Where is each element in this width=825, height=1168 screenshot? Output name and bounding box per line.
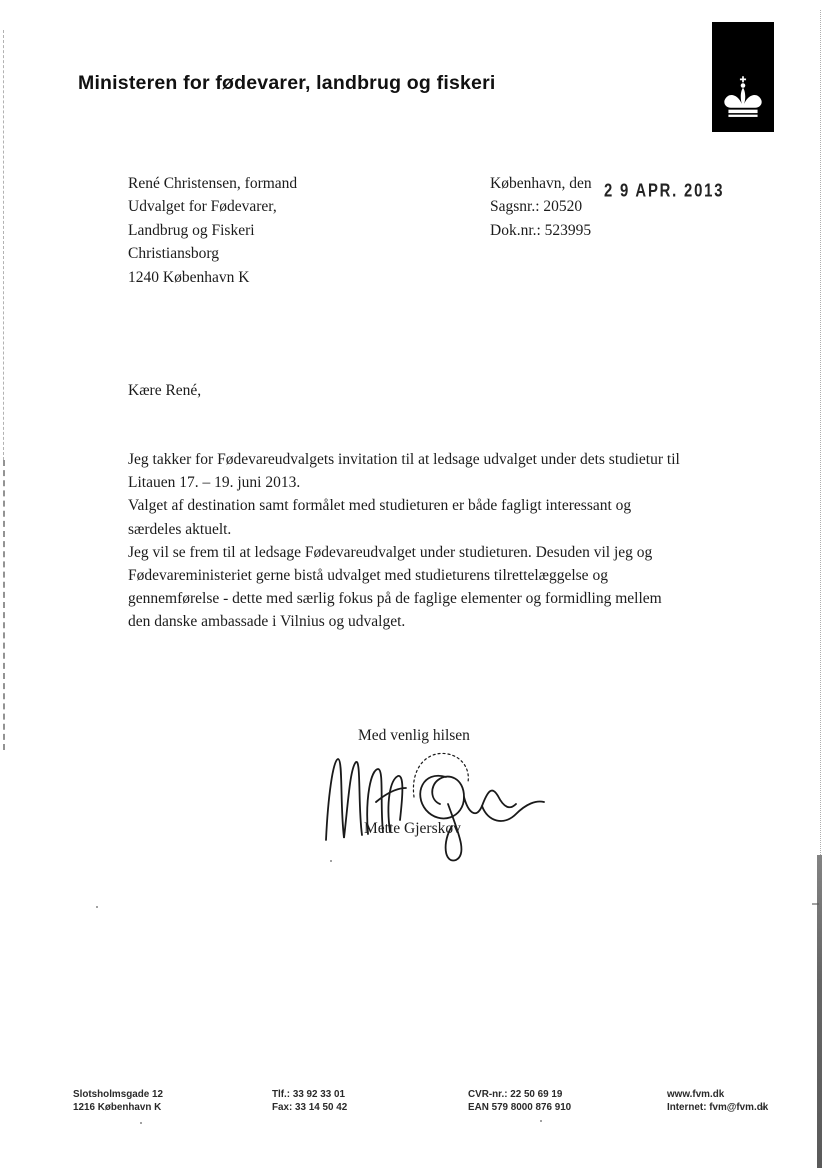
recipient-line: Landbrug og Fiskeri [128, 219, 297, 242]
letter-footer: Slotsholmsgade 12 1216 København K Tlf.:… [0, 1088, 825, 1116]
footer-address-line2: 1216 København K [73, 1101, 163, 1114]
scan-edge-artifact-left-dark [3, 460, 5, 750]
scan-speck [96, 906, 98, 908]
footer-cvr-line: CVR-nr.: 22 50 69 19 [468, 1088, 571, 1101]
body-line: særdeles aktuelt. [128, 518, 758, 541]
footer-phone-line: Tlf.: 33 92 33 01 [272, 1088, 347, 1101]
recipient-line: 1240 København K [128, 266, 297, 289]
crown-icon [720, 75, 766, 124]
footer-address: Slotsholmsgade 12 1216 København K [73, 1088, 163, 1113]
letter-meta-block: København, den Sagsnr.: 20520 Dok.nr.: 5… [490, 172, 592, 242]
letter-body: Jeg takker for Fødevareudvalgets invitat… [128, 448, 758, 634]
recipient-address-block: René Christensen, formand Udvalget for F… [128, 172, 297, 289]
document-number: Dok.nr.: 523995 [490, 219, 592, 242]
footer-fax-line: Fax: 33 14 50 42 [272, 1101, 347, 1114]
scan-edge-artifact-left [3, 30, 4, 460]
scan-edge-artifact-right-dark [817, 855, 822, 1168]
date-stamp: 2 9 APR. 2013 [604, 181, 724, 202]
body-line: gennemførelse - dette med særlig fokus p… [128, 587, 758, 610]
case-number: Sagsnr.: 20520 [490, 195, 592, 218]
recipient-line: Udvalget for Fødevarer, [128, 195, 297, 218]
signature-name: Mette Gjerskov [364, 820, 461, 838]
footer-web: www.fvm.dk Internet: fvm@fvm.dk [667, 1088, 768, 1113]
ministry-logo-box [712, 22, 774, 132]
scan-edge-artifact-right [820, 10, 821, 855]
ministry-letterhead-title: Ministeren for fødevarer, landbrug og fi… [78, 72, 496, 95]
body-line: Jeg vil se frem til at ledsage Fødevareu… [128, 541, 758, 564]
footer-phone: Tlf.: 33 92 33 01 Fax: 33 14 50 42 [272, 1088, 347, 1113]
body-line: Fødevareministeriet gerne bistå udvalget… [128, 564, 758, 587]
body-line: Valget af destination samt formålet med … [128, 494, 758, 517]
recipient-line: Christiansborg [128, 242, 297, 265]
scan-speck [140, 1122, 142, 1124]
footer-address-line1: Slotsholmsgade 12 [73, 1088, 163, 1101]
scanned-letter-page: Ministeren for fødevarer, landbrug og fi… [0, 0, 825, 1168]
body-line: den danske ambassade i Vilnius og udvalg… [128, 610, 758, 633]
body-line: Litauen 17. – 19. juni 2013. [128, 471, 758, 494]
footer-email-line: Internet: fvm@fvm.dk [667, 1101, 768, 1114]
salutation: Kære René, [128, 382, 201, 400]
footer-registry: CVR-nr.: 22 50 69 19 EAN 579 8000 876 91… [468, 1088, 571, 1113]
footer-website-line: www.fvm.dk [667, 1088, 768, 1101]
body-line: Jeg takker for Fødevareudvalgets invitat… [128, 448, 758, 471]
place-date-label: København, den [490, 172, 592, 195]
recipient-line: René Christensen, formand [128, 172, 297, 195]
handwritten-signature [318, 742, 553, 867]
footer-ean-line: EAN 579 8000 876 910 [468, 1101, 571, 1114]
scan-speck [540, 1120, 542, 1122]
scan-speck [812, 903, 819, 905]
